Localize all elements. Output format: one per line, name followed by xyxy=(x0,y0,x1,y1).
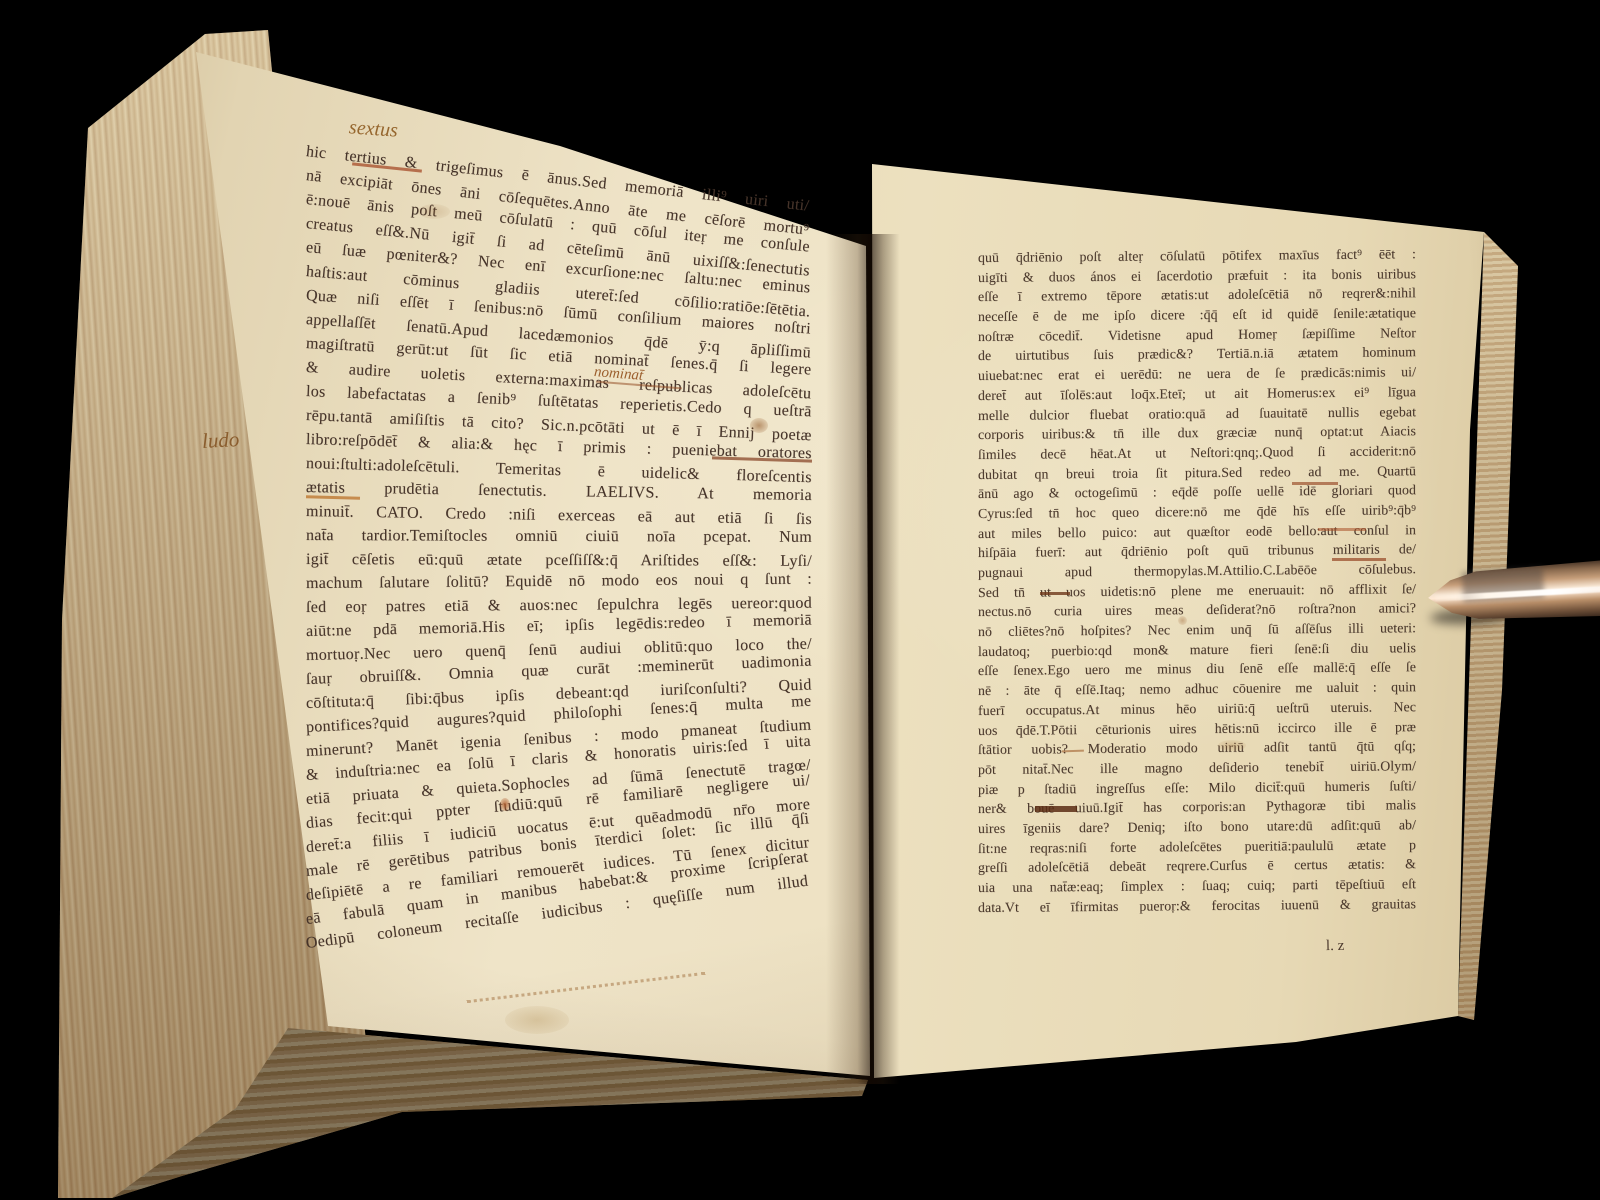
strikethrough-mark-uiuu xyxy=(1035,806,1077,812)
metal-pen-pointer xyxy=(1427,559,1600,627)
text-line: data.Vt eī īfirmitas pueroṛ:& ferocitas … xyxy=(978,894,1416,918)
paper-stain xyxy=(1178,616,1187,625)
interlinear-squiggle-mark xyxy=(1062,750,1084,759)
paper-stain xyxy=(1218,740,1246,751)
strikethrough-mark-gloriari xyxy=(1292,482,1338,485)
paper-stain xyxy=(418,204,450,219)
strikethrough-mark-consulebus xyxy=(1332,558,1386,561)
right-page-text-block: quū q̄driēnio poſt alteṛ cōſulatū pōtife… xyxy=(978,244,1416,917)
strikethrough-mark-uos xyxy=(1040,592,1070,595)
gutter-shadow xyxy=(826,234,918,1084)
paper-stain xyxy=(750,418,768,433)
ink-stain xyxy=(500,798,510,811)
strikethrough-mark-militaris xyxy=(1318,528,1366,531)
text-line: nat̄a tardior.Temiſtocles omniū ciuiū no… xyxy=(306,524,812,550)
marginal-note-ludo: ludo xyxy=(201,427,240,454)
left-page-text-block: hic tertius & trigeſimus ē ānus.Sed memo… xyxy=(306,140,812,956)
quire-signature-mark: l. z xyxy=(1326,938,1345,955)
marginal-note-sextus: sextus xyxy=(348,116,398,142)
paper-stain xyxy=(505,1006,569,1034)
book-photograph: hic tertius & trigeſimus ē ānus.Sed memo… xyxy=(0,0,1600,1200)
